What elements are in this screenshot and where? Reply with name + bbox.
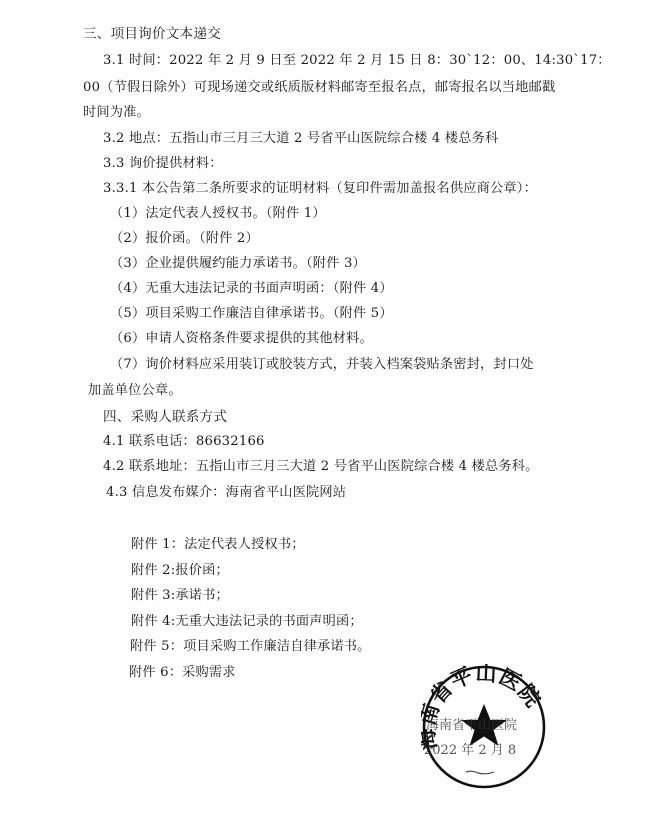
attachment-item: 附件 3:承诺书；: [131, 587, 229, 605]
item-3-3: 3.3 询价提供材料：: [103, 155, 223, 173]
info-media: 4.3 信息发布媒介：海南省平山医院网站: [106, 484, 346, 502]
material-item: （1）法定代表人授权书。（附件 1）: [110, 205, 326, 223]
material-item: （6）申请人资格条件要求提供的其他材料。: [110, 330, 373, 348]
material-item: （2）报价函。（附件 2）: [110, 230, 259, 248]
material-item: （5）项目采购工作廉洁自律承诺书。（附件 5）: [110, 305, 393, 323]
material-item-7-line-2: 加盖单位公章。: [88, 382, 182, 400]
material-item: （4）无重大违法记录的书面声明函：（附件 4）: [110, 280, 393, 298]
seal-date-text: 2022 年 2 月 8: [424, 739, 516, 758]
section-4-heading: 四、采购人联系方式: [103, 408, 227, 426]
official-seal: 海南省平山医院 海南省平山医院 2022 年 2 月 8: [421, 664, 547, 790]
item-3-3-1: 3.3.1 本公告第二条所要求的证明材料（复印件需加盖报名供应商公章）：: [103, 180, 537, 198]
attachment-item: 附件 5：项目采购工作廉洁自律承诺书。: [130, 638, 371, 656]
contact-phone: 4.1 联系电话：86632166: [103, 433, 265, 451]
document-page: 三、项目询价文本递交 3.1 时间：2022 年 2 月 9 日至 2022 年…: [0, 0, 653, 818]
section-3-heading: 三、项目询价文本递交: [83, 25, 221, 43]
material-item-7-line-1: （7）询价材料应采用装订或胶装方式，并装入档案袋贴条密封，封口处: [110, 356, 534, 374]
attachment-item: 附件 2:报价函；: [131, 562, 229, 580]
item-3-2: 3.2 地点：五指山市三月三大道 2 号省平山医院综合楼 4 楼总务科: [103, 130, 498, 148]
attachment-item: 附件 1：法定代表人授权书；: [131, 536, 305, 554]
contact-address: 4.2 联系地址：五指山市三月三大道 2 号省平山医院综合楼 4 楼总务科。: [103, 458, 539, 476]
item-3-1-line-2: 00（节假日除外）可现场递交或纸质版材料邮寄至报名点，邮寄报名以当地邮戳: [83, 79, 555, 97]
attachment-item: 附件 4:无重大违法记录的书面声明函；: [131, 613, 363, 631]
seal-issuer-text: 海南省平山医院: [426, 714, 517, 733]
attachment-item: 附件 6：采购需求: [129, 664, 236, 682]
item-3-1-line-1: 3.1 时间：2022 年 2 月 9 日至 2022 年 2 月 15 日 8…: [103, 52, 611, 70]
material-item: （3）企业提供履约能力承诺书。（附件 3）: [110, 255, 366, 273]
item-3-1-line-3: 时间为准。: [83, 104, 150, 122]
